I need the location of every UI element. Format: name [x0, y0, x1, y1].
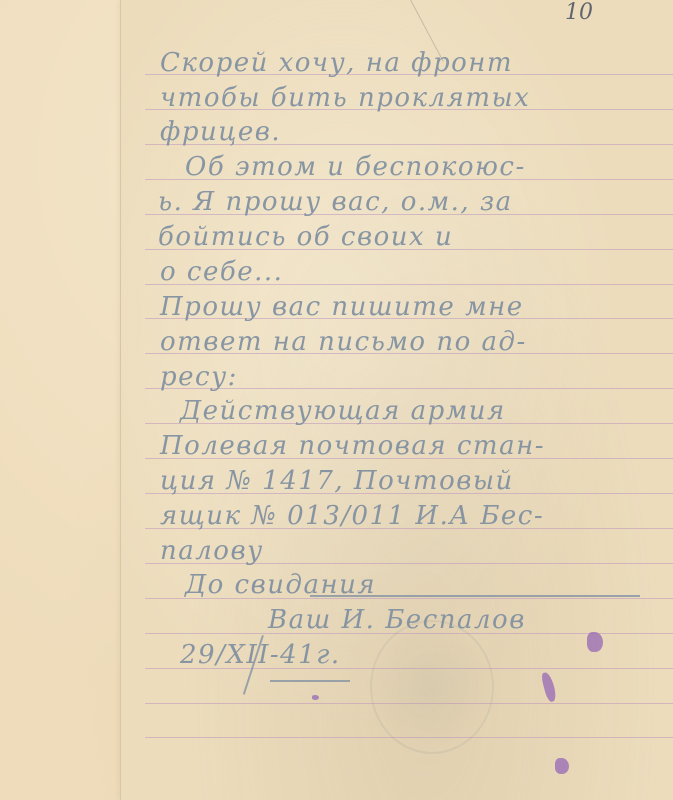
date-underline	[270, 680, 350, 682]
letter-line-1: Скорей хочу, на фронт	[160, 48, 513, 78]
address-recipient: палову	[160, 536, 264, 566]
letter-line-6: бойтись об своих и	[158, 222, 453, 252]
letter-line-4: Об этом и беспокоюс-	[185, 152, 526, 182]
faded-stamp-mark	[370, 620, 494, 754]
address-army: Действующая армия	[180, 396, 506, 426]
ink-spot	[312, 695, 319, 700]
address-station-number: ция № 1417, Почтовый	[160, 466, 514, 496]
address-field-post: Полевая почтовая стан-	[160, 431, 545, 461]
address-post-box: ящик № 013/011 И.А Бес-	[160, 501, 544, 531]
letter-line-2: чтобы бить проклятых	[160, 83, 530, 113]
letter-line-8: Прошу вас пишите мне	[160, 292, 524, 322]
ink-spot	[587, 632, 603, 652]
ink-spot	[555, 758, 569, 774]
signature: Ваш И. Беспалов	[268, 605, 526, 635]
closing-underline	[310, 595, 640, 597]
letter-line-10: ресу:	[160, 362, 238, 392]
letter-line-9: ответ на письмо по ад-	[160, 327, 527, 357]
letter-line-3: фрицев.	[160, 117, 281, 147]
letter-line-7: о себе...	[160, 257, 283, 287]
letter-line-5: ь. Я прошу вас, о.м., за	[158, 187, 513, 217]
page-number: 10	[565, 0, 593, 25]
